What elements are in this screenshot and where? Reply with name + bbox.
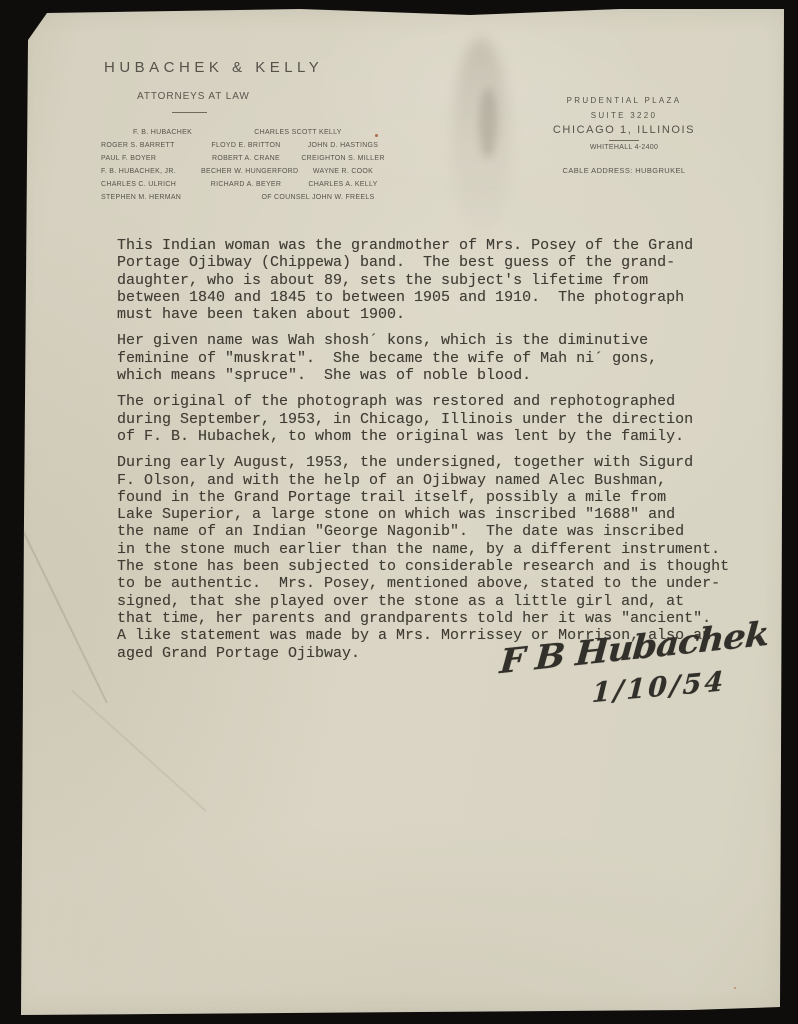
attorney-name: F. B. HUBACHEK, JR. xyxy=(101,165,201,178)
office-address-block: PRUDENTIAL PLAZA SUITE 3220 CHICAGO 1, I… xyxy=(538,96,710,175)
attorney-name: ROGER S. BARRETT xyxy=(101,139,201,152)
scan-background: HUBACHEK & KELLY ATTORNEYS AT LAW F. B. … xyxy=(0,0,798,1024)
paragraph: Her given name was Wah shosh´ kons, whic… xyxy=(117,332,777,384)
attorney-name: F. B. HUBACHEK xyxy=(101,126,201,139)
corner-fold-crease xyxy=(26,0,48,25)
paragraph: The original of the photograph was resto… xyxy=(117,393,777,445)
attorney-name: CHARLES A. KELLY xyxy=(291,178,395,191)
paragraph: This Indian woman was the grandmother of… xyxy=(117,237,777,323)
letter-body: This Indian woman was the grandmother of… xyxy=(117,237,777,671)
handwritten-date: 1/10/54 xyxy=(591,666,727,709)
phone-number: WHITEHALL 4-2400 xyxy=(538,143,710,152)
attorney-name: RICHARD A. BEYER xyxy=(201,178,291,191)
address-divider xyxy=(609,140,639,141)
top-smudge-stain xyxy=(479,88,497,158)
left-edge-crease xyxy=(72,690,206,811)
attorney-name: BECHER W. HUNGERFORD xyxy=(201,165,291,178)
of-counsel-name: OF COUNSEL JOHN W. FREELS xyxy=(201,191,395,204)
attorney-name: PAUL F. BOYER xyxy=(101,152,201,165)
attorney-name: JOHN D. HASTINGS xyxy=(291,139,395,152)
signature-block: F B Hubachek 1/10/54 xyxy=(498,634,758,734)
firm-name: HUBACHEK & KELLY xyxy=(104,59,323,76)
attorney-name: ROBERT A. CRANE xyxy=(201,152,291,165)
attorney-name: CHARLES SCOTT KELLY xyxy=(201,126,395,139)
attorney-name: FLOYD E. BRITTON xyxy=(201,139,291,152)
attorney-name: STEPHEN M. HERMAN xyxy=(101,191,201,204)
left-edge-crease xyxy=(17,518,108,703)
letter-page: HUBACHEK & KELLY ATTORNEYS AT LAW F. B. … xyxy=(0,0,798,1024)
cable-address: CABLE ADDRESS: HUBGRUKEL xyxy=(538,166,710,175)
attorney-name: WAYNE R. COOK xyxy=(291,165,395,178)
attorney-list: F. B. HUBACHEK CHARLES SCOTT KELLY ROGER… xyxy=(101,126,395,204)
letterhead-divider xyxy=(172,112,207,113)
address-line: PRUDENTIAL PLAZA xyxy=(538,96,710,106)
top-smudge-stain xyxy=(452,38,510,243)
address-line: SUITE 3220 xyxy=(538,111,710,121)
attorney-name: CHARLES C. ULRICH xyxy=(101,178,201,191)
rust-speck xyxy=(734,987,736,989)
firm-subtitle: ATTORNEYS AT LAW xyxy=(137,91,250,102)
address-line: CHICAGO 1, ILLINOIS xyxy=(538,124,710,137)
attorney-name: CREIGHTON S. MILLER xyxy=(291,152,395,165)
